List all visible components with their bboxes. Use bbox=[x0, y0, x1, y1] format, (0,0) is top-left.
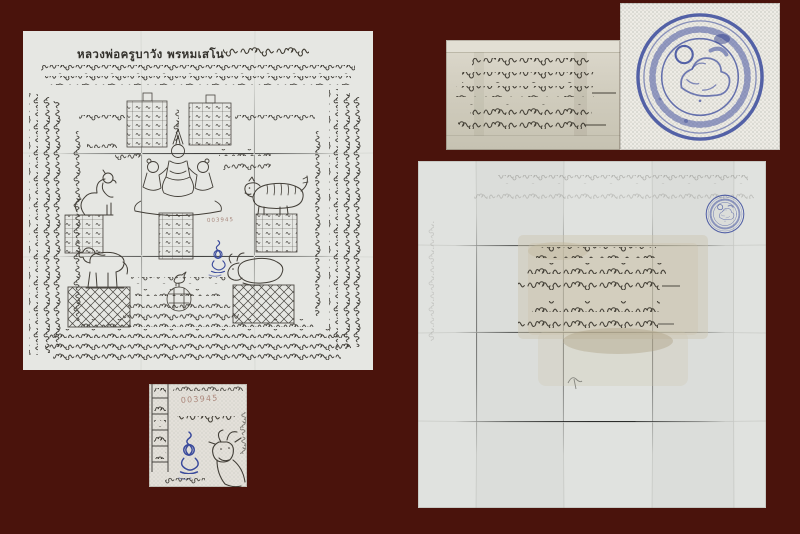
photo-pha-yant-back bbox=[418, 161, 766, 508]
inscription-top-strip bbox=[446, 40, 620, 52]
front-title: หลวงพ่อครูบาวัง พรหมเสโน bbox=[77, 46, 224, 62]
photo-stamp-detail: 003945 bbox=[149, 384, 247, 487]
collage-background: หลวงพ่อครูบาวัง พรหมเสโน bbox=[0, 0, 800, 534]
detail-top-script bbox=[173, 384, 243, 391]
front-title-ornament bbox=[223, 47, 309, 59]
detail-right-script bbox=[240, 412, 246, 454]
detail-bottom-script bbox=[165, 478, 205, 486]
photo-pha-yant-front: หลวงพ่อครูบาวัง พรหมเสโน bbox=[23, 31, 373, 370]
detail-numeral-row bbox=[177, 416, 235, 426]
photo-inscription-closeup bbox=[446, 40, 620, 150]
photo-seal-closeup bbox=[620, 3, 780, 150]
front-serial-number: 003945 bbox=[207, 217, 234, 224]
